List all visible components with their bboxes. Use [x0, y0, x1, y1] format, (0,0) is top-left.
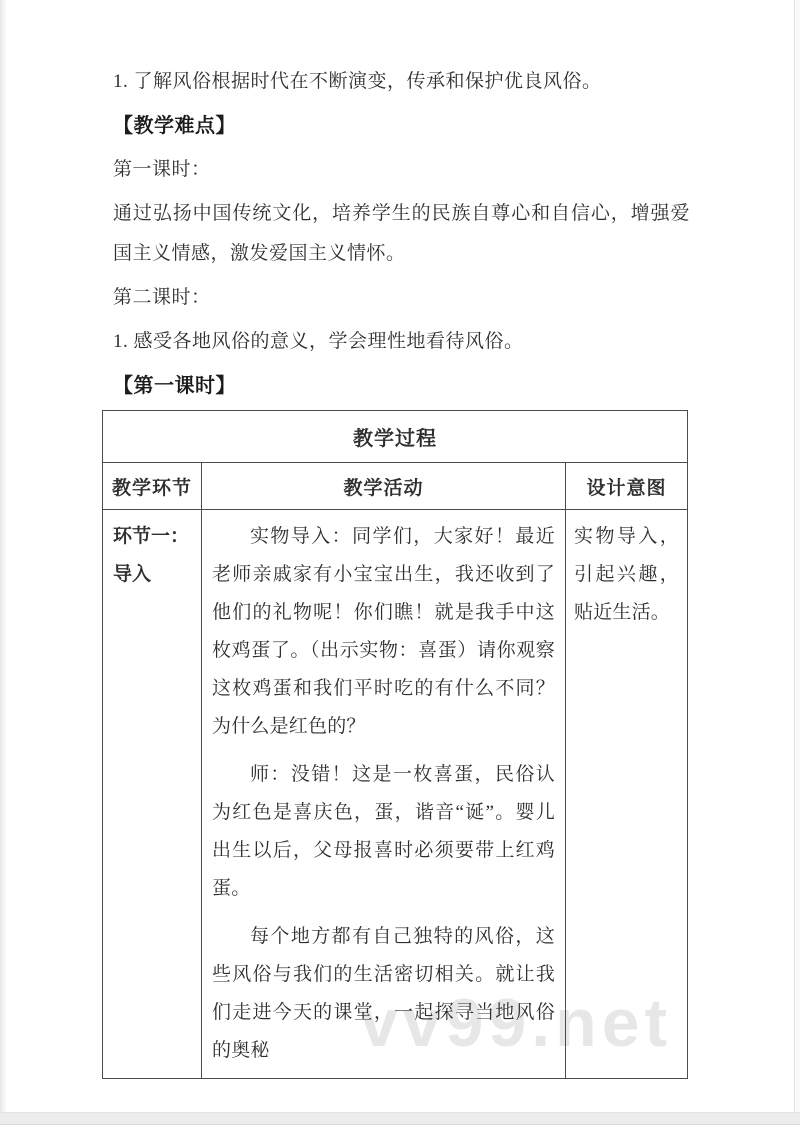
table-row: 环节一：导入 实物导入：同学们，大家好！最近老师亲戚家有小宝宝出生，我还收到了他…: [103, 510, 688, 1079]
teaching-process-table: 教学过程 教学环节 教学活动 设计意图 环节一：导入 实物导入：同学们，大家好！…: [102, 410, 688, 1079]
page-separator-band: [0, 1112, 800, 1125]
table-cell-activity: 实物导入：同学们，大家好！最近老师亲戚家有小宝宝出生，我还收到了他们的礼物呢！你…: [202, 510, 566, 1079]
page-left-edge: [0, 0, 7, 1112]
document-content: 1. 了解风俗根据时代在不断演变，传承和保护优良风俗。 【教学难点】 第一课时：…: [113, 62, 690, 1079]
table-header-row: 教学环节 教学活动 设计意图: [103, 463, 688, 510]
section-heading-first-lesson: 【第一课时】: [113, 366, 690, 406]
section-heading-teaching-difficulties: 【教学难点】: [113, 106, 690, 146]
column-header-stage: 教学环节: [103, 463, 202, 510]
paragraph-custom-meaning: 1. 感受各地风俗的意义，学会理性地看待风俗。: [113, 322, 690, 362]
table-cell-intent: 实物导入，引起兴趣，贴近生活。: [566, 510, 688, 1079]
table-caption: 教学过程: [103, 411, 688, 463]
page-right-edge: [794, 0, 800, 1112]
activity-paragraph-intro: 实物导入：同学们，大家好！最近老师亲戚家有小宝宝出生，我还收到了他们的礼物呢！你…: [212, 518, 555, 746]
paragraph-evolve-customs: 1. 了解风俗根据时代在不断演变，传承和保护优良风俗。: [113, 62, 690, 102]
column-header-activity: 教学活动: [202, 463, 566, 510]
column-header-intent: 设计意图: [566, 463, 688, 510]
table-caption-row: 教学过程: [103, 411, 688, 463]
paragraph-first-lesson-label: 第一课时：: [113, 150, 690, 190]
paragraph-second-lesson-label: 第二课时：: [113, 278, 690, 318]
activity-paragraph-customs: 每个地方都有自己独特的风俗，这些风俗与我们的生活密切相关。就让我们走进今天的课堂…: [212, 918, 555, 1070]
table-cell-stage: 环节一：导入: [103, 510, 202, 1079]
activity-paragraph-teacher: 师：没错！这是一枚喜蛋，民俗认为红色是喜庆色，蛋，谐音“诞”。婴儿出生以后，父母…: [212, 756, 555, 908]
paragraph-patriotism: 通过弘扬中国传统文化，培养学生的民族自尊心和自信心，增强爱国主义情感，激发爱国主…: [113, 194, 690, 274]
